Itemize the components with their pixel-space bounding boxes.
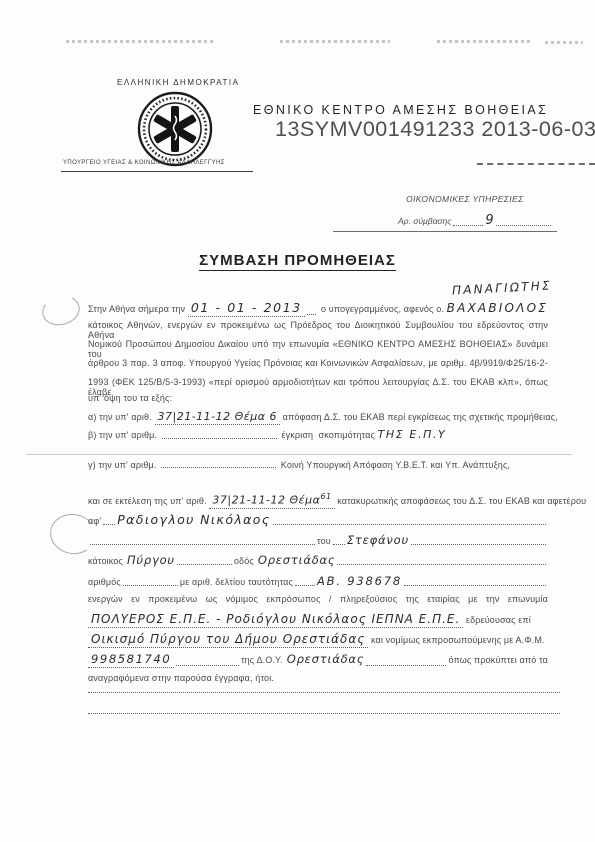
- ministry-label: ΥΠΟΥΡΓΕΙΟ ΥΓΕΙΑΣ & ΚΟΙΝΩΝΙΚΗΣ ΑΛΛΗΛΕΓΓΥΗ…: [63, 160, 225, 166]
- star-of-life-icon: [136, 90, 214, 168]
- republic-label: ΕΛΛΗΝΙΚΗ ΔΗΜΟΚΡΑΤΙΑ: [117, 78, 239, 87]
- typed-text: της Δ.Ο.Υ.: [241, 655, 283, 665]
- dotted-leader: [411, 543, 546, 545]
- hw-president-last-name: ΒΑΧΑΒΙΟΛΟΣ: [447, 301, 548, 315]
- org-name: ΕΘΝΙΚΟ ΚΕΝΤΡΟ ΑΜΕΣΗΣ ΒΟΗΘΕΙΑΣ: [253, 103, 548, 117]
- typed-text: Στην Αθήνα σήμερα την: [88, 304, 188, 314]
- document-page: ΕΛΛΗΝΙΚΗ ΔΗΜΟΚΡΑΤΙΑ ΥΠΟΥΡΓΕΙΟ ΥΓΕΙΑΣ & Κ…: [0, 0, 595, 842]
- approval-item-c: γ) την υπ' αριθμ. Κοινή Υπουργική Απόφασ…: [88, 460, 548, 470]
- hw-tax-office: Ορεστιάδας: [287, 652, 365, 666]
- typed-text: α) την υπ' αριθ.: [88, 412, 155, 422]
- scan-noise-strip: [280, 40, 390, 43]
- party2-line-8: Οικισμό Πύργου του Δήμου Ορεστιάδας και …: [88, 632, 548, 648]
- typed-text: κάτοικος: [88, 556, 123, 566]
- party2-line-9: 998581740 της Δ.Ο.Υ. Ορεστιάδας όπως προ…: [88, 652, 548, 668]
- hw-epy-note: ΤΗΣ Ε.Π.Υ: [378, 428, 447, 441]
- typed-text: οδός: [234, 556, 254, 566]
- approval-item-a: α) την υπ' αριθ. 37|21-11-12 Θέμα 6 απόφ…: [88, 410, 548, 425]
- typed-text: με αριθ. δελτίου ταυτότητας: [180, 577, 293, 587]
- department-label: ΟΙΚΟΝΟΜΙΚΕΣ ΥΠΗΡΕΣΙΕΣ: [406, 194, 524, 204]
- scan-noise-strip: [437, 40, 532, 43]
- scan-noise-strip: [66, 40, 216, 43]
- typed-text: β) την υπ' αριθμ.: [88, 430, 160, 440]
- scan-noise-strip: [545, 41, 583, 44]
- dotted-leader: [295, 584, 315, 586]
- hw-street: Ορεστιάδας: [258, 553, 336, 567]
- empty-dotted-line: [88, 713, 560, 714]
- hw-residence-city: Πύργου: [127, 553, 175, 567]
- dotted-leader: [366, 664, 446, 666]
- typed-text: αριθμός: [88, 577, 121, 587]
- hw-company-name: ΠΟΛΥΕΡΟΣ Ε.Π.Ε. - Ροδιόγλου Νικόλαος ΙΕΠ…: [88, 612, 463, 628]
- typed-text: αφ': [88, 516, 101, 526]
- ada-registry-code: 13SYMV001491233 2013-06-03: [275, 117, 595, 142]
- hw-father-name: Στεφάνου: [347, 533, 409, 547]
- dotted-leader: [404, 584, 546, 586]
- party2-line-2: αφ' Ραδιογλου Νικόλαος: [88, 512, 548, 527]
- dotted-leader: [103, 523, 115, 525]
- party2-line-6: ενεργών εν προκειμένω ως νόμιμος εκπρόσω…: [88, 594, 548, 604]
- hw-approval-decision: 37|21-11-12 Θέμα 6: [155, 410, 280, 425]
- typed-text: Κοινή Υπουργική Απόφαση Υ.Β.Ε.Τ. και Υπ.…: [278, 460, 510, 470]
- typed-text: εδρεύουσας επί: [463, 615, 531, 625]
- hw-award-decision: 37|21-11-12 Θέμα61: [209, 492, 334, 509]
- intro-line-4: άρθρου 3 παρ. 3 αποφ. Υπουργού Υγείας Πρ…: [88, 358, 548, 368]
- dotted-leader: [337, 563, 546, 565]
- hw-president-first-name: ΠΑΝΑΓΙΩΤΗΣ: [452, 278, 552, 297]
- dotted-leader: [161, 466, 276, 468]
- party2-line-10: αναγραφόμενα στην παρούσα έγγραφα, ήτοι.: [88, 673, 548, 683]
- typed-text: όπως προκύπτει από τα: [448, 655, 548, 665]
- hw-award-topic-sup: 61: [320, 492, 331, 501]
- contract-underline: [333, 231, 557, 232]
- dotted-leader: [90, 543, 315, 545]
- ministry-underline: [61, 171, 253, 172]
- horizontal-rule: [26, 454, 572, 455]
- scan-corner-dash: [477, 163, 595, 165]
- typed-text: ο υπογεγραμμένος, αφενός ο.: [318, 304, 446, 314]
- typed-text: έγκριση σκοπιμότητας: [279, 430, 378, 440]
- document-title: ΣΥΜΒΑΣΗ ΠΡΟΜΗΘΕΙΑΣ: [199, 252, 396, 271]
- dotted-leader: [273, 523, 546, 525]
- party2-line-7: ΠΟΛΥΕΡΟΣ Ε.Π.Ε. - Ροδιόγλου Νικόλαος ΙΕΠ…: [88, 612, 548, 628]
- approval-item-b: β) την υπ' αριθμ. έγκριση σκοπιμότητας Τ…: [88, 428, 548, 441]
- party2-line-3: του Στεφάνου: [88, 533, 548, 547]
- party2-line-1: και σε εκτέλεση της υπ' αριθ. 37|21-11-1…: [88, 492, 548, 509]
- empty-dotted-line: [88, 692, 560, 693]
- typed-text: γ) την υπ' αριθμ.: [88, 460, 159, 470]
- intro-line-3: Νομικού Προσώπου Δημοσίου Δικαίου υπό τη…: [88, 339, 548, 359]
- party2-line-4: κάτοικος Πύργου οδός Ορεστιάδας: [88, 553, 548, 567]
- pencil-circle-mark: [39, 292, 83, 329]
- hw-id-number: ΑΒ. 938678: [317, 574, 402, 588]
- dotted-leader: [307, 313, 317, 315]
- typed-text: και σε εκτέλεση της υπ' αριθ.: [88, 496, 209, 506]
- intro-line-6: υπ' όψη του τα εξής:: [88, 393, 548, 403]
- party2-line-5: αριθμός με αριθ. δελτίου ταυτότητας ΑΒ. …: [88, 574, 548, 588]
- contract-number-row: Αρ. σύμβασης 9: [398, 213, 553, 228]
- dotted-leader: [333, 543, 345, 545]
- dotted-leader: [177, 563, 232, 565]
- dotted-leader: [176, 664, 239, 666]
- typed-text: και νομίμως εκπροσωπούμενης με Α.Φ.Μ.: [368, 635, 544, 645]
- typed-text: του: [317, 536, 331, 546]
- document-title-wrap: ΣΥΜΒΑΣΗ ΠΡΟΜΗΘΕΙΑΣ: [0, 252, 595, 270]
- typed-text: κατακυρωτικής αποφάσεως του Δ.Σ. του ΕΚΑ…: [335, 496, 587, 506]
- contract-no-label: Αρ. σύμβασης: [398, 216, 451, 226]
- dotted-leader: [453, 224, 483, 226]
- dotted-leader: [123, 584, 178, 586]
- hw-contract-date: 01 - 01 - 2013: [188, 300, 305, 317]
- hw-contract-number: 9: [485, 213, 494, 228]
- intro-line-2: κάτοικος Αθηνών, ενεργών εν προκειμένω ω…: [88, 320, 548, 340]
- typed-text: απόφαση Δ.Σ. του ΕΚΑΒ περί εγκρίσεως της…: [280, 412, 558, 422]
- dotted-leader: [162, 437, 277, 439]
- dotted-leader: [496, 224, 551, 226]
- intro-line-1: Στην Αθήνα σήμερα την 01 - 01 - 2013 ο υ…: [88, 300, 548, 317]
- hw-supplier-name: Ραδιογλου Νικόλαος: [117, 512, 270, 527]
- hw-company-seat: Οικισμό Πύργου του Δήμου Ορεστιάδας: [88, 632, 368, 648]
- hw-vat-number: 998581740: [88, 652, 174, 668]
